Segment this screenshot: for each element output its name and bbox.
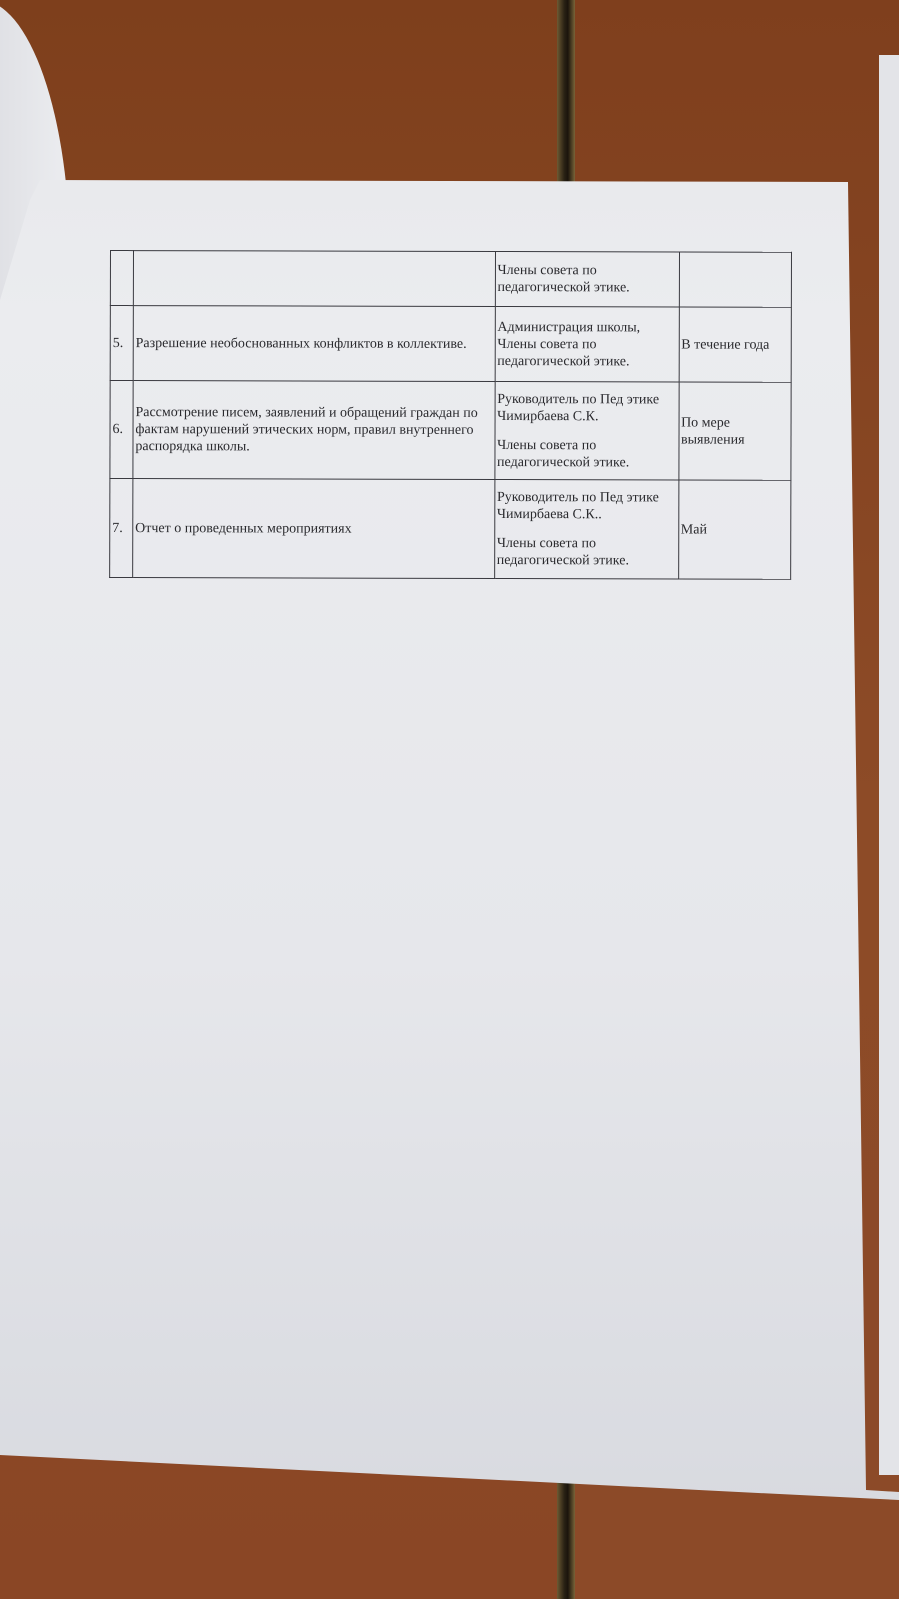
- task-cell: Разрешение необоснованных конфликтов в к…: [133, 306, 495, 382]
- task-cell: [133, 251, 495, 307]
- document-page: [0, 0, 899, 1599]
- row-number: 7.: [110, 479, 133, 578]
- responsible-cell: Члены совета по педагогической этике.: [495, 252, 679, 307]
- row-number: [110, 251, 133, 306]
- responsible-cell: Руководитель по Пед этике Чимирбаева С.К…: [494, 480, 678, 579]
- table-row: 6. Рассмотрение писем, заявлений и обращ…: [110, 381, 791, 481]
- responsible-line: Члены совета по педагогической этике.: [497, 437, 676, 471]
- row-number: 6.: [110, 381, 133, 479]
- responsible-line: Члены совета по педагогической этике.: [497, 262, 676, 296]
- plan-table: Члены совета по педагогической этике. 5.…: [109, 250, 792, 580]
- table-row: Члены совета по педагогической этике.: [110, 251, 791, 308]
- responsible-cell: Администрация школы, Члены совета по пед…: [495, 307, 679, 382]
- task-cell: Отчет о проведенных мероприятиях: [133, 479, 495, 579]
- timing-cell: Май: [678, 480, 791, 579]
- responsible-cell: Руководитель по Пед этике Чимирбаева С.К…: [495, 382, 679, 480]
- task-cell: Рассмотрение писем, заявлений и обращени…: [133, 381, 495, 480]
- responsible-line: Администрация школы, Члены совета по пед…: [497, 319, 676, 370]
- row-number: 5.: [110, 306, 133, 381]
- responsible-line: Руководитель по Пед этике Чимирбаева С.К…: [497, 391, 676, 425]
- table-row: 7. Отчет о проведенных мероприятиях Руко…: [110, 479, 791, 580]
- timing-cell: [679, 252, 792, 307]
- table-row: 5. Разрешение необоснованных конфликтов …: [110, 306, 791, 383]
- responsible-line: Руководитель по Пед этике Чимирбаева С.К…: [497, 489, 676, 523]
- line-spacer: [497, 523, 676, 535]
- adjacent-page-edge: [879, 55, 899, 1475]
- line-spacer: [497, 425, 676, 437]
- timing-cell: По мере выявления: [678, 382, 791, 480]
- responsible-line: Члены совета по педагогической этике.: [497, 535, 676, 569]
- timing-cell: В течение года: [679, 307, 792, 382]
